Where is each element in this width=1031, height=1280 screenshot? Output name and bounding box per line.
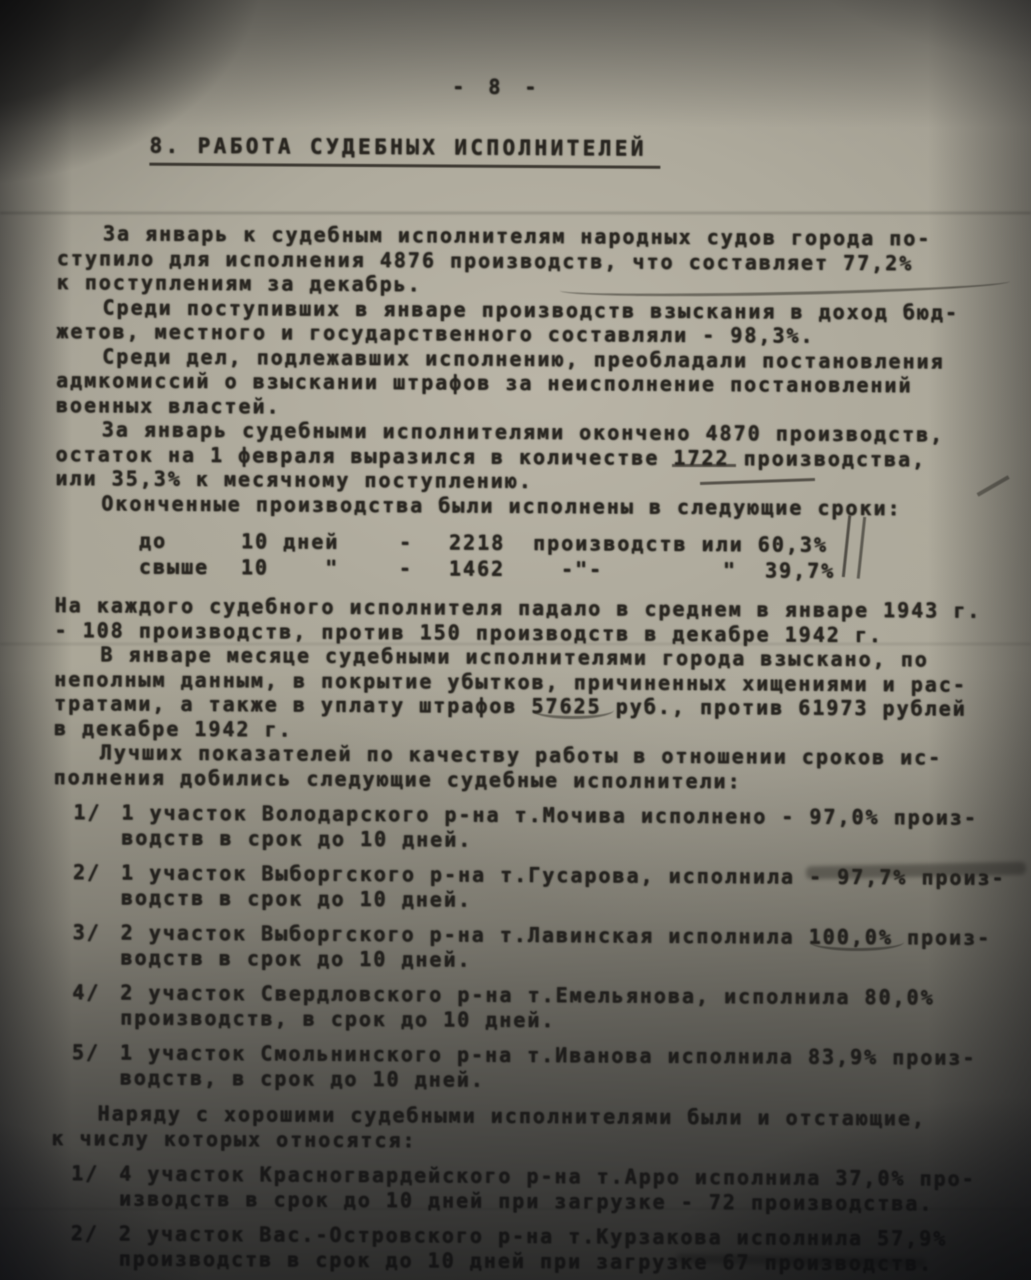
term-note: производств или 60,3% — [533, 530, 1014, 559]
item-text: 1 участок Володарского р-на т.Мочива исп… — [121, 801, 1012, 855]
item-number: 5/ — [72, 1040, 120, 1089]
list-item: 2/ 2 участок Вас.-Островского р-на т.Кур… — [71, 1221, 1010, 1276]
item-text: 1 участок Выборгского р-на т.Гусарова, и… — [121, 861, 1012, 915]
item-number: 1/ — [71, 1161, 119, 1210]
item-number: 4/ — [72, 980, 120, 1029]
item-number: 1/ — [73, 800, 121, 849]
list-item: 1/ 1 участок Володарского р-на т.Мочива … — [73, 800, 1012, 855]
scanned-document-page: - 8 - 8. РАБОТА СУДЕБНЫХ ИСПОЛНИТЕЛЕЙ За… — [0, 0, 1031, 1280]
paragraph-terms-intro: Оконченные производства были исполнены в… — [55, 491, 1014, 521]
list-item: 4/ 2 участок Свердловского р-на т.Емелья… — [72, 980, 1011, 1035]
paragraph-budget-share: Среди поступивших в январе производств в… — [56, 295, 1015, 350]
term-count: 2218 — [425, 529, 533, 556]
completion-terms-table: до 10 дней - 2218 производств или 60,3% … — [115, 527, 1014, 584]
term-percent: " 39,7% — [723, 557, 1014, 585]
paragraph-best-intro: Лучших показателей по качеству работы в … — [54, 740, 1013, 795]
term-count: 1462 — [425, 555, 533, 582]
paragraph-completed-count: За январь судебными исполнителями оконче… — [55, 417, 1014, 496]
term-range: свыше — [115, 553, 211, 580]
paragraph-recovered-sums: В январе месяце судебными исполнителями … — [54, 642, 1014, 746]
item-number: 2/ — [73, 860, 121, 909]
item-text: 2 участок Вас.-Островского р-на т.Курзак… — [119, 1222, 1010, 1276]
dash: - — [361, 555, 425, 581]
paragraph-average-load: На каждого судебного исполнителя падало … — [54, 593, 1013, 648]
section-title: 8. РАБОТА СУДЕБНЫХ ИСПОЛНИТЕЛЕЙ — [149, 133, 661, 169]
term-days: 10 " — [211, 554, 361, 581]
paragraph-laggards-intro: Наряду с хорошими судебными исполнителям… — [51, 1101, 1010, 1156]
paragraph-january-intake: За январь к судебным исполнителям народн… — [57, 221, 1016, 300]
list-item: 5/ 1 участок Смольнинского р-на т.Иванов… — [72, 1040, 1011, 1095]
item-text: 2 участок Выборгского р-на т.Лавинская и… — [120, 921, 1011, 975]
item-number: 2/ — [71, 1221, 119, 1270]
dash: - — [361, 529, 425, 555]
best-performers-list: 1/ 1 участок Володарского р-на т.Мочива … — [52, 800, 1013, 1095]
list-item: 1/ 4 участок Красногвардейского р-на т.А… — [71, 1161, 1010, 1216]
table-row: свыше 10 " - 1462 -"- " 39,7% — [115, 553, 1014, 584]
term-range: до — [115, 527, 211, 554]
item-number: 3/ — [72, 920, 120, 969]
term-days: 10 дней — [211, 528, 361, 555]
paragraph-admfines: Среди дел, подлежавших исполнению, преоб… — [56, 344, 1015, 423]
list-item: 3/ 2 участок Выборгского р-на т.Лавинска… — [72, 920, 1011, 975]
item-text: 1 участок Смольнинского р-на т.Иванова и… — [120, 1041, 1011, 1095]
section-title-row: 8. РАБОТА СУДЕБНЫХ ИСПОЛНИТЕЛЕЙ — [149, 133, 1016, 171]
term-ditto: -"- — [533, 556, 723, 583]
list-item: 2/ 1 участок Выборгского р-на т.Гусарова… — [73, 860, 1012, 915]
page-content: - 8 - 8. РАБОТА СУДЕБНЫХ ИСПОЛНИТЕЛЕЙ За… — [0, 0, 1031, 1276]
item-text: 4 участок Красногвардейского р-на т.Арро… — [119, 1162, 1010, 1216]
item-text: 2 участок Свердловского р-на т.Емельянов… — [120, 981, 1011, 1035]
laggards-list: 1/ 4 участок Красногвардейского р-на т.А… — [51, 1161, 1011, 1276]
page-number: - 8 - — [0, 72, 1017, 103]
